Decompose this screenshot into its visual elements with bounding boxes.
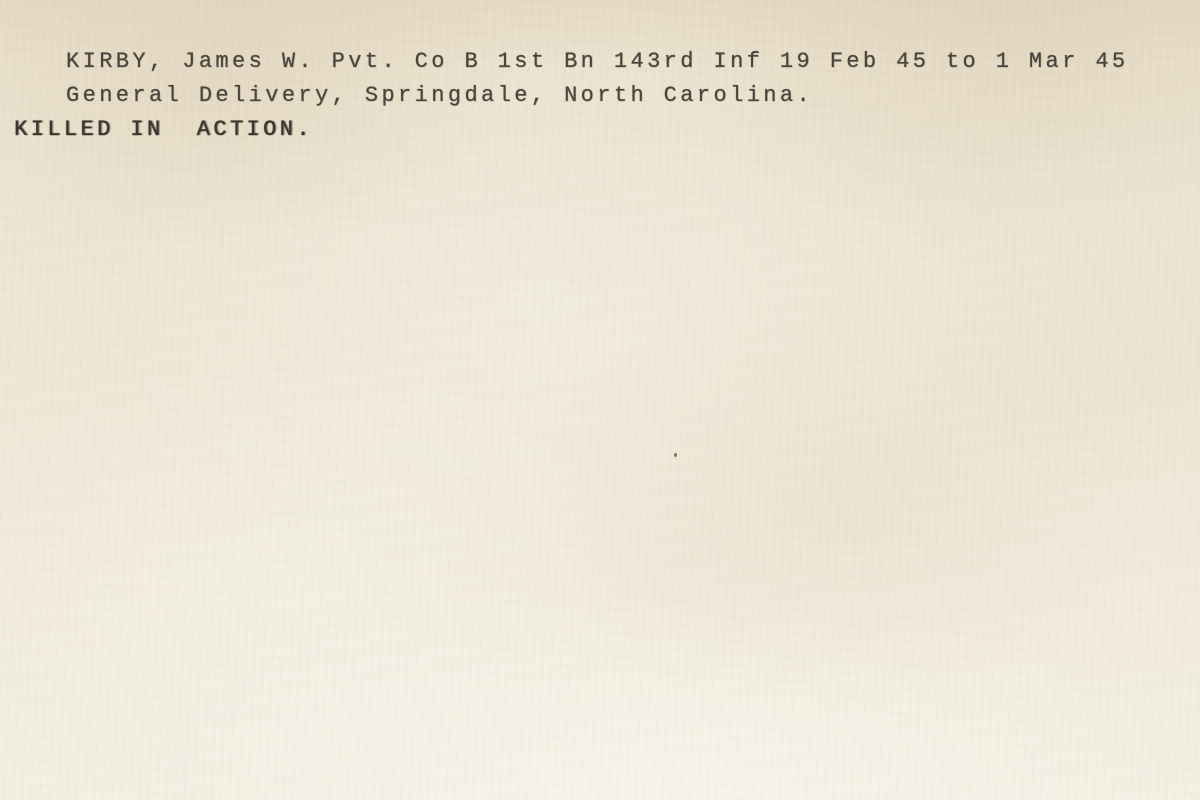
card-line-address: General Delivery, Springdale, North Caro… — [66, 83, 813, 108]
ink-speck — [674, 453, 677, 457]
card-line-casualty-status: KILLED IN ACTION. — [14, 117, 313, 142]
card-line-service-record: KIRBY, James W. Pvt. Co B 1st Bn 143rd I… — [66, 49, 1129, 74]
index-card: KIRBY, James W. Pvt. Co B 1st Bn 143rd I… — [0, 0, 1200, 800]
